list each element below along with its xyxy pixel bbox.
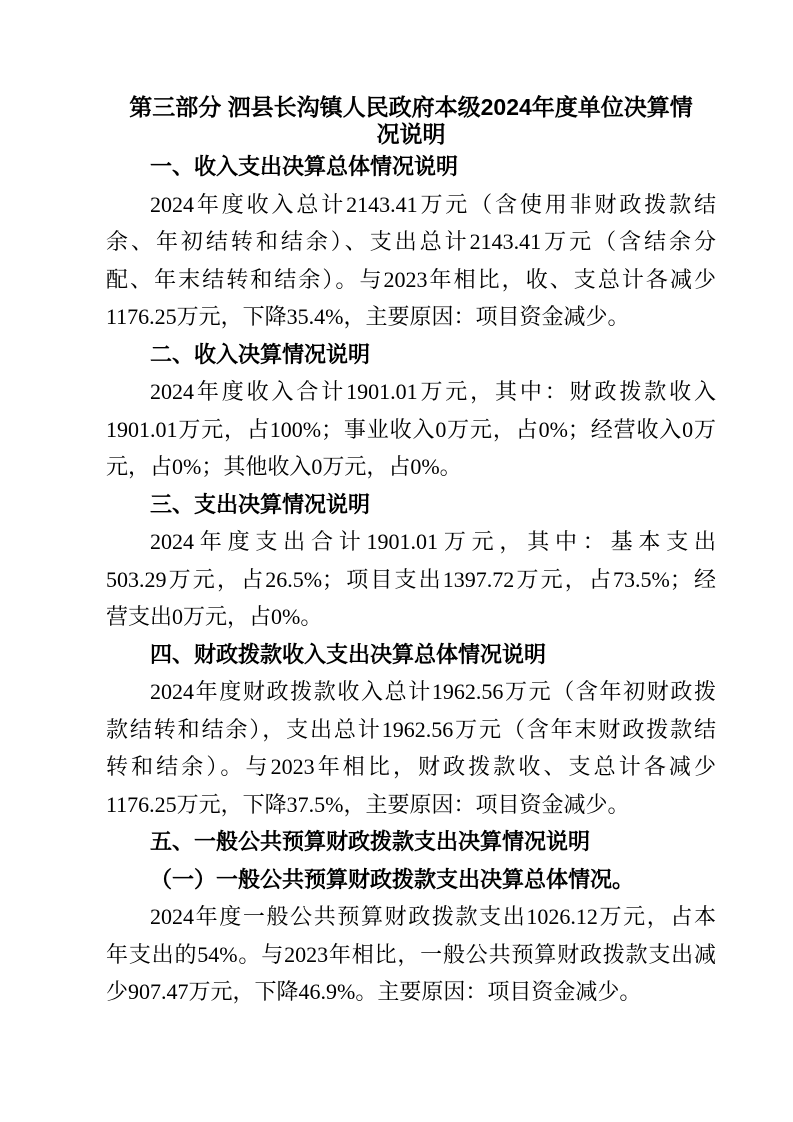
paragraph-line: 年支出的54%。与2023年相比，一般公共预算财政拨款支出减 — [106, 936, 716, 974]
paragraph-line: 503.29万元，占26.5%；项目支出1397.72万元，占73.5%；经 — [106, 561, 716, 599]
paragraph-line: 少907.47万元，下降46.9%。主要原因：项目资金减少。 — [106, 973, 716, 1011]
title-line-2: 况说明 — [106, 121, 716, 148]
paragraph-line: 2024年度收入合计1901.01万元，其中：财政拨款收入 — [106, 373, 716, 411]
document-content: 第三部分 泗县长沟镇人民政府本级2024年度单位决算情 况说明 一、收入支出决算… — [106, 94, 716, 1011]
section-expenditure-final-accounts: 三、支出决算情况说明 2024年度支出合计1901.01万元，其中：基本支出 5… — [106, 486, 716, 636]
section-2-heading: 二、收入决算情况说明 — [106, 336, 716, 374]
section-fiscal-appropriation-overview: 四、财政拨款收入支出决算总体情况说明 2024年度财政拨款收入总计1962.56… — [106, 636, 716, 824]
section-2-paragraph: 2024年度收入合计1901.01万元，其中：财政拨款收入 1901.01万元，… — [106, 373, 716, 486]
paragraph-line: 元，占0%；其他收入0万元，占0%。 — [106, 448, 716, 486]
paragraph-line: 1176.25万元，下降37.5%，主要原因：项目资金减少。 — [106, 786, 716, 824]
paragraph-line: 转和结余）。与2023年相比，财政拨款收、支总计各减少 — [106, 748, 716, 786]
section-1-heading: 一、收入支出决算总体情况说明 — [106, 148, 716, 186]
paragraph-line: 营支出0万元，占0%。 — [106, 598, 716, 636]
section-1-paragraph: 2024年度收入总计2143.41万元（含使用非财政拨款结 余、年初结转和结余）… — [106, 186, 716, 336]
paragraph-line: 2024年度支出合计1901.01万元，其中：基本支出 — [106, 523, 716, 561]
paragraph-line: 1176.25万元，下降35.4%，主要原因：项目资金减少。 — [106, 298, 716, 336]
section-4-heading: 四、财政拨款收入支出决算总体情况说明 — [106, 636, 716, 674]
section-5-paragraph: 2024年度一般公共预算财政拨款支出1026.12万元，占本 年支出的54%。与… — [106, 898, 716, 1011]
paragraph-line: 2024年度一般公共预算财政拨款支出1026.12万元，占本 — [106, 898, 716, 936]
paragraph-line: 1901.01万元，占100%；事业收入0万元，占0%；经营收入0万 — [106, 411, 716, 449]
section-5-subheading: （一）一般公共预算财政拨款支出决算总体情况。 — [106, 861, 716, 899]
title-line-1: 第三部分 泗县长沟镇人民政府本级2024年度单位决算情 — [106, 94, 716, 121]
section-general-public-budget-expenditure: 五、一般公共预算财政拨款支出决算情况说明 （一）一般公共预算财政拨款支出决算总体… — [106, 823, 716, 1011]
section-3-paragraph: 2024年度支出合计1901.01万元，其中：基本支出 503.29万元，占26… — [106, 523, 716, 636]
document-title: 第三部分 泗县长沟镇人民政府本级2024年度单位决算情 况说明 — [106, 94, 716, 148]
section-income-expenditure-overview: 一、收入支出决算总体情况说明 2024年度收入总计2143.41万元（含使用非财… — [106, 148, 716, 336]
paragraph-line: 2024年度收入总计2143.41万元（含使用非财政拨款结 — [106, 186, 716, 224]
paragraph-line: 2024年度财政拨款收入总计1962.56万元（含年初财政拨 — [106, 673, 716, 711]
section-3-heading: 三、支出决算情况说明 — [106, 486, 716, 524]
paragraph-line: 配、年末结转和结余）。与2023年相比，收、支总计各减少 — [106, 261, 716, 299]
document-page: 第三部分 泗县长沟镇人民政府本级2024年度单位决算情 况说明 一、收入支出决算… — [0, 0, 793, 1122]
section-4-paragraph: 2024年度财政拨款收入总计1962.56万元（含年初财政拨 款结转和结余），支… — [106, 673, 716, 823]
section-income-final-accounts: 二、收入决算情况说明 2024年度收入合计1901.01万元，其中：财政拨款收入… — [106, 336, 716, 486]
paragraph-line: 余、年初结转和结余）、支出总计2143.41万元（含结余分 — [106, 223, 716, 261]
section-5-heading: 五、一般公共预算财政拨款支出决算情况说明 — [106, 823, 716, 861]
paragraph-line: 款结转和结余），支出总计1962.56万元（含年末财政拨款结 — [106, 711, 716, 749]
